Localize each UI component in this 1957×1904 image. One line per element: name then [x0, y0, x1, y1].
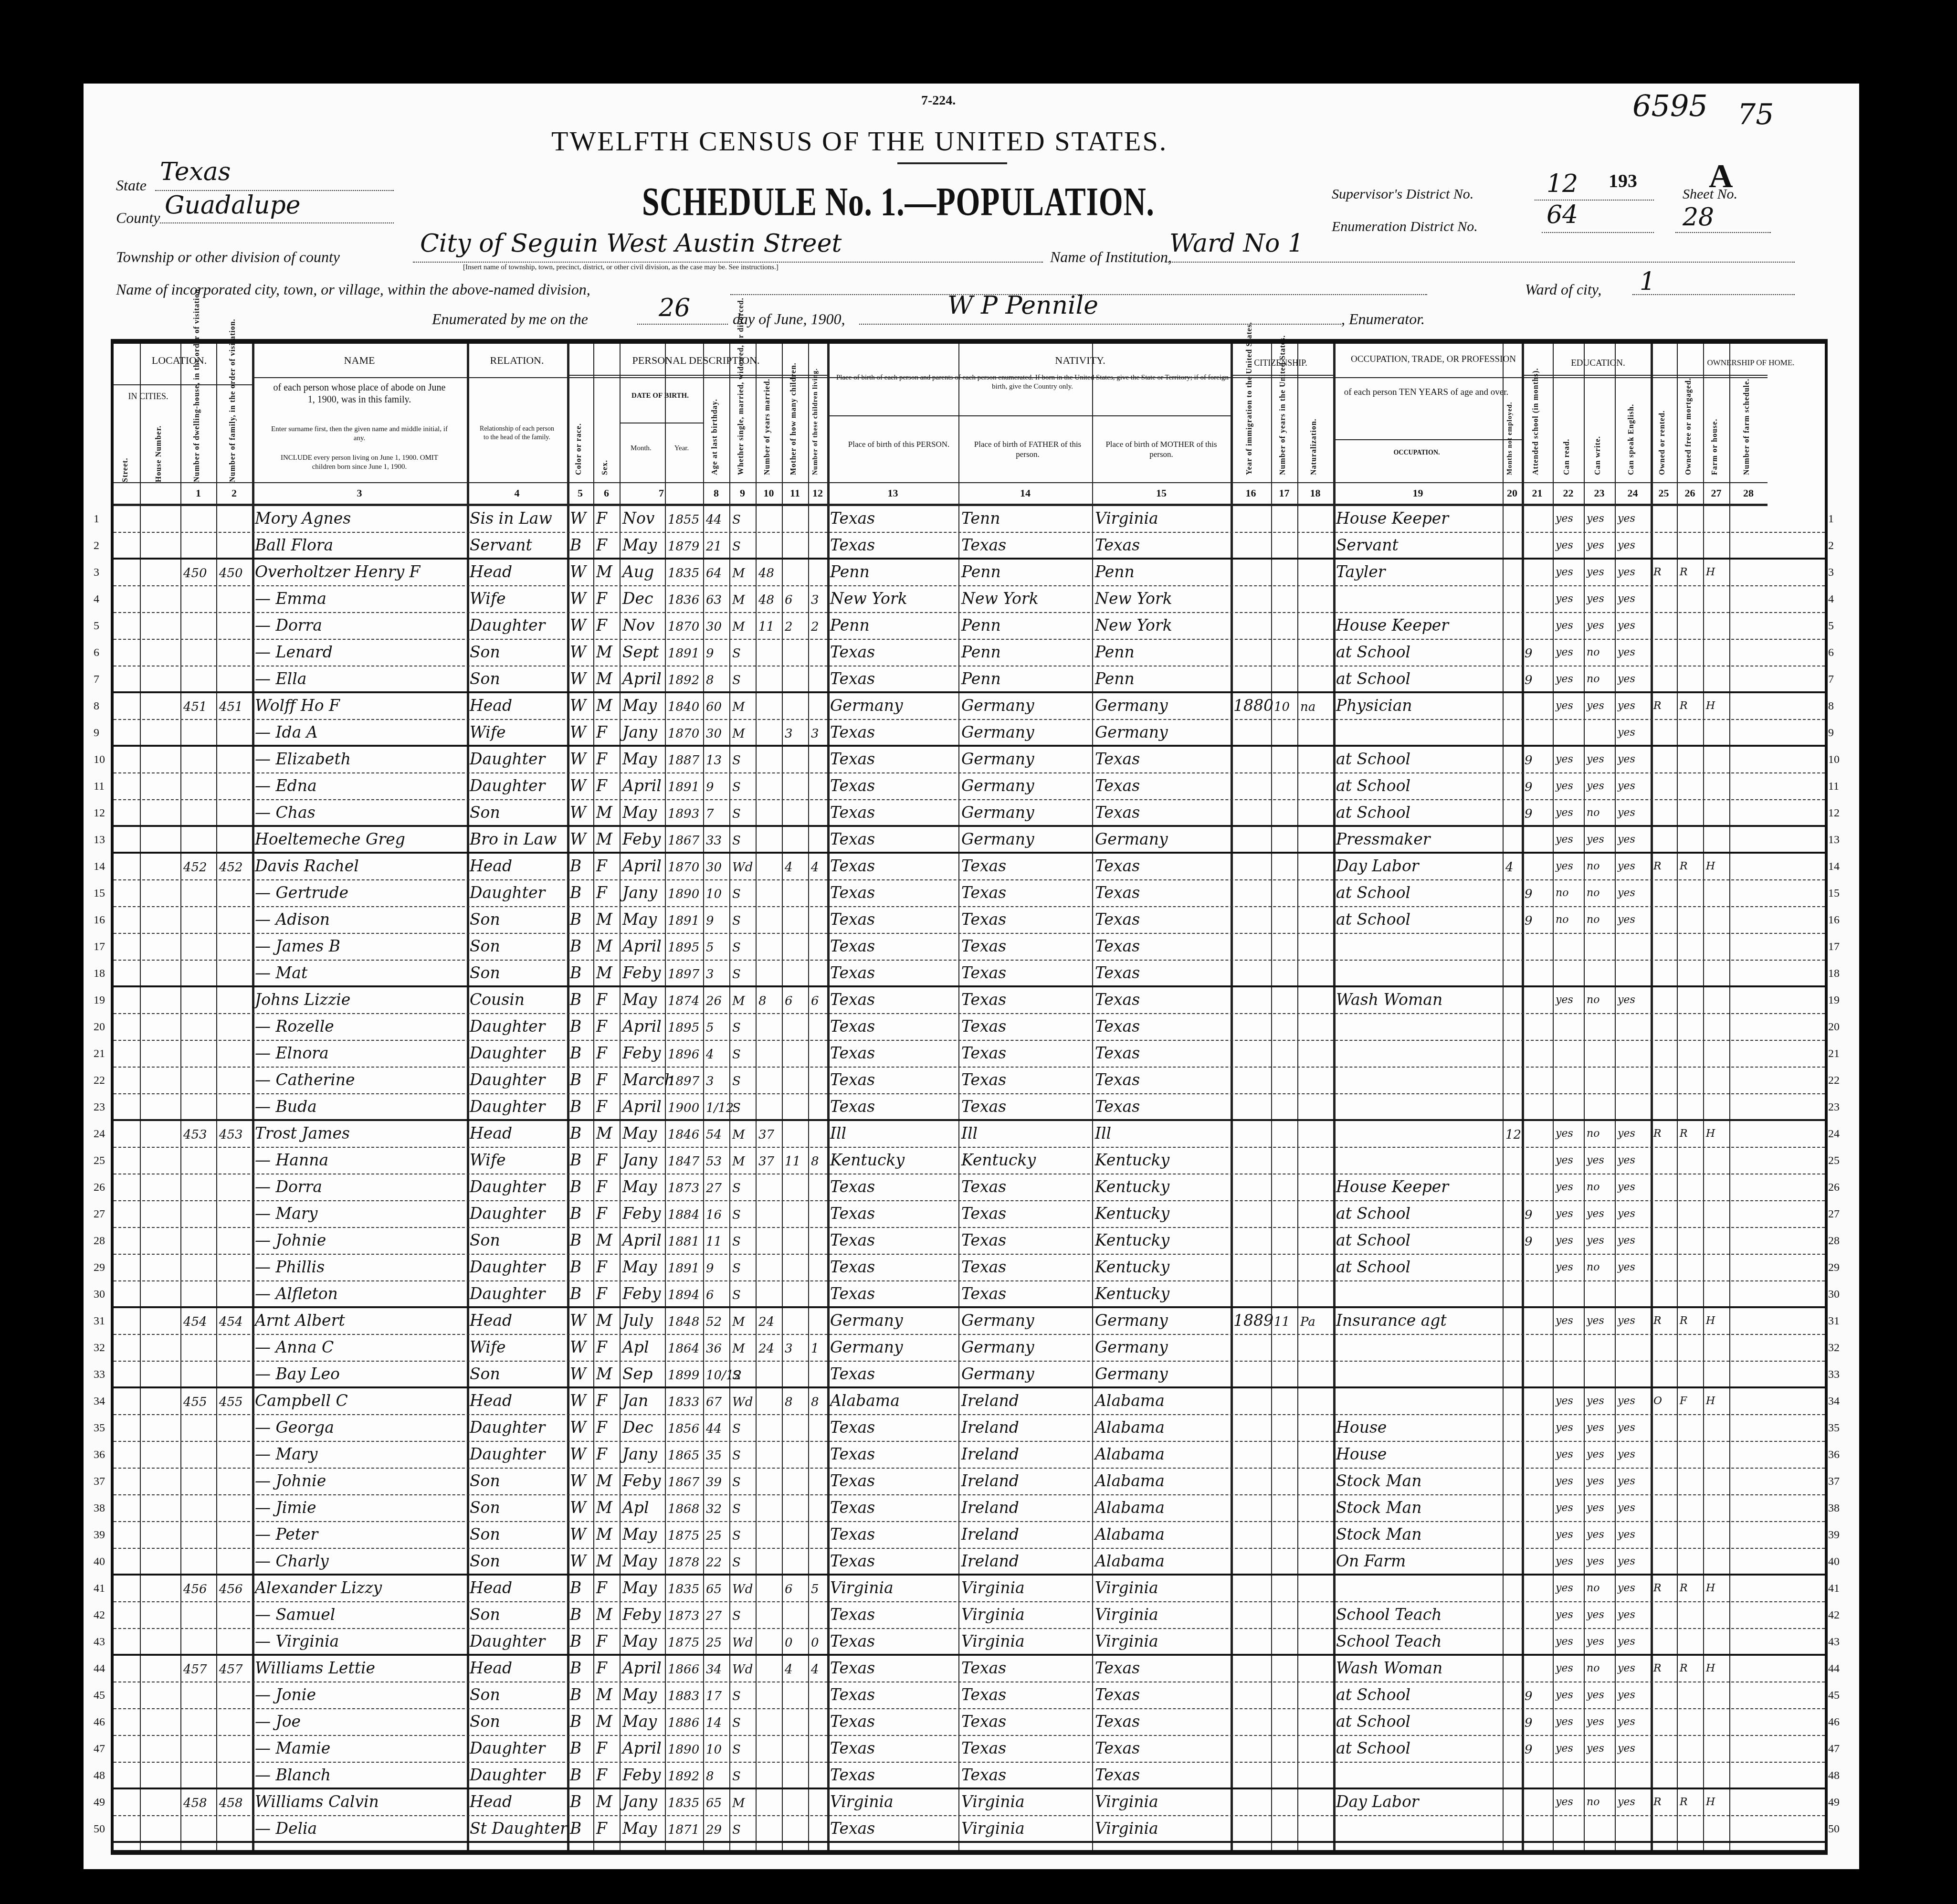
cell-fs [1732, 1662, 1767, 1684]
cell-color: W [570, 669, 592, 691]
cell-pobf: Tenn [961, 509, 1091, 531]
cell-nat [1300, 1502, 1332, 1524]
cell-imm [1233, 990, 1270, 1012]
township-value: City of Seguin West Austin Street [420, 229, 842, 258]
cell-name: — Dorra [255, 1177, 466, 1199]
cell-mar: S [732, 1288, 755, 1310]
cell-dw [183, 1154, 215, 1176]
cell-pobf: Texas [961, 1070, 1091, 1092]
cell-own [1653, 1181, 1676, 1203]
cell-ym [758, 1796, 781, 1818]
line-number: 34 [1828, 1395, 1840, 1408]
table-row: 452452Davis RachelHeadBFApril187030Wd44T… [114, 854, 1825, 880]
cell-unemp [1505, 566, 1521, 588]
cell-ym [758, 1235, 781, 1257]
cell-unemp: 4 [1505, 860, 1521, 882]
institution-value: Ward No 1 [1169, 229, 1304, 258]
cell-rel: Servant [470, 536, 566, 558]
line-number: 30 [1828, 1288, 1840, 1301]
cell-farm [1706, 994, 1728, 1016]
cell-pobf: Penn [961, 669, 1091, 691]
cell-cl [811, 1181, 826, 1203]
cell-mar: M [732, 727, 755, 749]
cell-dw [183, 1181, 215, 1203]
cell-free [1680, 1208, 1702, 1230]
cell-farm [1706, 1636, 1728, 1658]
cell-pobm: Kentucky [1095, 1204, 1230, 1226]
cell-cl: 4 [811, 860, 826, 882]
vertical-header-children-living: Number of these children living. [812, 389, 820, 475]
cell-speak: yes [1618, 727, 1650, 749]
cell-cl [811, 1823, 826, 1845]
cell-own: R [1653, 1662, 1676, 1684]
cell-speak: yes [1618, 1422, 1650, 1444]
cell-farm [1706, 727, 1728, 749]
cell-ym [758, 834, 781, 856]
cell-read: yes [1556, 566, 1583, 588]
cell-pobf: Ireland [961, 1498, 1091, 1520]
cell-year: 1840 [668, 700, 702, 722]
line-number: 14 [1828, 860, 1840, 873]
sheet-line [1675, 232, 1771, 233]
cell-speak: yes [1618, 1609, 1650, 1631]
cell-cl [811, 513, 826, 535]
cell-yus [1274, 941, 1296, 963]
cell-imm [1233, 1151, 1270, 1173]
vertical-header-attended-school: Attended school (in months). [1532, 389, 1540, 475]
cell-farm [1706, 1235, 1728, 1257]
cell-nat: na [1300, 700, 1332, 722]
vertical-header-marital: Whether single, married, widowed, or div… [737, 389, 746, 475]
cell-imm [1233, 589, 1270, 611]
cell-month: Dec [622, 1418, 664, 1440]
cell-yus [1274, 860, 1296, 882]
line-number: 8 [94, 700, 99, 713]
cell-pobf: Ireland [961, 1445, 1091, 1467]
cell-ym [758, 673, 781, 695]
cell-pobm: Texas [1095, 1070, 1230, 1092]
cell-read [1556, 1047, 1583, 1069]
cell-mar: S [732, 513, 755, 535]
cell-year: 1890 [668, 887, 702, 909]
cell-write: no [1587, 673, 1614, 695]
line-number: 29 [94, 1261, 105, 1274]
cell-pob: Texas [830, 857, 957, 878]
cell-speak: yes [1618, 1208, 1650, 1230]
column-number: 4 [467, 487, 567, 499]
cell-rel: Wife [470, 1151, 566, 1173]
cell-mo [785, 1502, 807, 1524]
cell-read [1556, 727, 1583, 749]
cell-fs [1732, 1529, 1767, 1551]
cell-read: yes [1556, 539, 1583, 561]
cell-farm [1706, 1021, 1728, 1043]
cell-occ: at School [1336, 883, 1502, 905]
line-number: 22 [1828, 1074, 1840, 1087]
cell-fam [219, 967, 251, 989]
cell-cl [811, 1529, 826, 1551]
cell-rel: Wife [470, 1338, 566, 1360]
cell-rel: Head [470, 1391, 566, 1413]
cell-yus [1274, 1529, 1296, 1551]
cell-dw [183, 1368, 215, 1390]
line-number: 11 [94, 780, 105, 793]
cell-nat [1300, 727, 1332, 749]
cell-dw [183, 1342, 215, 1364]
enumerator-label: , Enumerator. [1341, 310, 1425, 328]
census-title: TWELFTH CENSUS OF THE UNITED STATES. [551, 125, 1168, 157]
cell-month: April [622, 937, 664, 959]
vertical-header-mother-of: Mother of how many children. [789, 389, 798, 475]
cell-mar: M [732, 593, 755, 615]
cell-month: Nov [622, 616, 664, 638]
cell-unemp [1505, 780, 1521, 802]
cell-unemp [1505, 1422, 1521, 1444]
cell-write [1587, 1021, 1614, 1043]
cell-pobf: Germany [961, 1365, 1091, 1386]
cell-color: B [570, 1177, 592, 1199]
cell-age: 25 [706, 1636, 728, 1658]
cell-age: 33 [706, 834, 728, 856]
cell-imm [1233, 1070, 1270, 1092]
cell-mo [785, 1529, 807, 1551]
cell-read: yes [1556, 1261, 1583, 1283]
cell-pobf: Germany [961, 723, 1091, 745]
cell-write: no [1587, 646, 1614, 668]
cell-color: B [570, 963, 592, 985]
cell-read: yes [1556, 1689, 1583, 1711]
cell-free [1680, 1181, 1702, 1203]
cell-fam [219, 914, 251, 936]
cell-name: — James B [255, 937, 466, 959]
cell-free [1680, 914, 1702, 936]
cell-fs [1732, 1181, 1767, 1203]
cell-name: Williams Calvin [255, 1792, 466, 1814]
cell-farm: H [1706, 1315, 1728, 1337]
cell-mo [785, 513, 807, 535]
cell-fs [1732, 1208, 1767, 1230]
cell-fs [1732, 727, 1767, 749]
cell-dw: 456 [183, 1582, 215, 1604]
cell-year: 1897 [668, 967, 702, 989]
cell-read: yes [1556, 1636, 1583, 1658]
cell-name: — Emma [255, 589, 466, 611]
cell-dw: 450 [183, 566, 215, 588]
cell-sch [1525, 1449, 1552, 1470]
cell-pobm: Texas [1095, 963, 1230, 985]
cell-fam [219, 1181, 251, 1203]
cell-month: Feby [622, 1204, 664, 1226]
cell-pobm: Penn [1095, 643, 1230, 665]
cell-sex: F [596, 1418, 619, 1440]
cell-mar: S [732, 1021, 755, 1043]
line-number: 40 [94, 1555, 105, 1568]
cell-imm [1233, 1391, 1270, 1413]
column-number: 21 [1522, 487, 1553, 499]
cell-read: yes [1556, 1235, 1583, 1257]
nativity-desc: Place of birth of each person and parent… [834, 373, 1231, 391]
cell-color: W [570, 803, 592, 825]
cell-free [1680, 1609, 1702, 1631]
cell-month: Apl [622, 1338, 664, 1360]
group-occupation: OCCUPATION, TRADE, OR PROFESSION [1333, 354, 1534, 365]
cell-pob: Texas [830, 1552, 957, 1574]
cell-fs [1732, 1261, 1767, 1283]
cell-imm [1233, 536, 1270, 558]
cell-cl [811, 1689, 826, 1711]
cell-pob: Texas [830, 1685, 957, 1707]
cell-sex: M [596, 669, 619, 691]
cell-mo [785, 1769, 807, 1791]
cell-nat [1300, 1181, 1332, 1203]
column-number: 5 [567, 487, 593, 499]
cell-occ [1336, 1365, 1502, 1386]
cell-cl: 2 [811, 620, 826, 642]
cell-own [1653, 967, 1676, 989]
line-number: 28 [1828, 1235, 1840, 1248]
cell-occ: at School [1336, 1685, 1502, 1707]
cell-read: yes [1556, 1662, 1583, 1684]
cell-age: 9 [706, 914, 728, 936]
cell-free: R [1680, 1315, 1702, 1337]
cell-yus [1274, 646, 1296, 668]
cell-sex: M [596, 1124, 619, 1146]
line-number: 42 [1828, 1609, 1840, 1622]
cell-nat [1300, 620, 1332, 642]
cell-write: yes [1587, 1315, 1614, 1337]
cell-fam [219, 539, 251, 561]
cell-sex: M [596, 643, 619, 665]
cell-fam [219, 1288, 251, 1310]
cell-rel: Son [470, 910, 566, 932]
cell-cl [811, 1047, 826, 1069]
table-row: — ElnoraDaughterBFFeby18964STexasTexasTe… [114, 1041, 1825, 1068]
cell-yus [1274, 914, 1296, 936]
cell-free [1680, 727, 1702, 749]
cell-yus [1274, 1422, 1296, 1444]
cell-nat [1300, 513, 1332, 535]
cell-nat [1300, 941, 1332, 963]
cell-mar: M [732, 1796, 755, 1818]
cell-speak: yes [1618, 914, 1650, 936]
cell-year: 1881 [668, 1235, 702, 1257]
vertical-header-owned-rented: Owned or rented. [1658, 389, 1667, 475]
line-number: 2 [1828, 539, 1834, 552]
cell-sex: F [596, 1017, 619, 1039]
cell-read: yes [1556, 1449, 1583, 1470]
cell-sch [1525, 1769, 1552, 1791]
cell-month: April [622, 1739, 664, 1761]
cell-sch [1525, 1021, 1552, 1043]
cell-mar: S [732, 1368, 755, 1390]
line-number: 3 [94, 566, 99, 579]
group-location: LOCATION. [114, 354, 245, 367]
cell-yus [1274, 1101, 1296, 1123]
cell-name: — Delia [255, 1819, 466, 1841]
cell-free [1680, 1475, 1702, 1497]
cell-fam [219, 994, 251, 1016]
cell-nat [1300, 646, 1332, 668]
cell-nat [1300, 1128, 1332, 1150]
cell-sch [1525, 941, 1552, 963]
cell-name: — Elizabeth [255, 750, 466, 772]
cell-ym [758, 914, 781, 936]
form-number: 7-224. [921, 93, 956, 108]
line-number: 38 [94, 1502, 105, 1515]
cell-occ: at School [1336, 1204, 1502, 1226]
vertical-header-street: Street. [121, 396, 130, 482]
cell-fam [219, 673, 251, 695]
line-number: 47 [1828, 1743, 1840, 1756]
cell-color: W [570, 1418, 592, 1440]
cell-sch: 9 [1525, 673, 1552, 695]
cell-read [1556, 1074, 1583, 1096]
cell-fam [219, 1235, 251, 1257]
column-number: 9 [729, 487, 756, 499]
cell-free [1680, 941, 1702, 963]
group-ownership: OWNERSHIP OF HOME. [1682, 358, 1820, 368]
cell-ym [758, 1261, 781, 1283]
cell-write: yes [1587, 1422, 1614, 1444]
cell-sch: 9 [1525, 1743, 1552, 1765]
cell-fam: 458 [219, 1796, 251, 1818]
cell-ym: 48 [758, 593, 781, 615]
cell-sex: M [596, 1712, 619, 1734]
cell-pobf: Texas [961, 1685, 1091, 1707]
cell-name: — Johnie [255, 1231, 466, 1253]
cell-mar: S [732, 753, 755, 775]
pob-person-head: Place of birth of this PERSON. [839, 439, 958, 449]
cell-farm [1706, 1047, 1728, 1069]
cell-color: W [570, 509, 592, 531]
cell-ym [758, 1823, 781, 1845]
line-number: 27 [1828, 1208, 1840, 1221]
cell-fam [219, 1689, 251, 1711]
cell-month: July [622, 1311, 664, 1333]
cell-speak: yes [1618, 620, 1650, 642]
cell-pobf: Germany [961, 696, 1091, 718]
cell-read [1556, 1769, 1583, 1791]
cell-rel: Daughter [470, 1766, 566, 1788]
cell-fam [219, 1021, 251, 1043]
cell-rel: Son [470, 803, 566, 825]
cell-write: yes [1587, 539, 1614, 561]
cell-ym [758, 1368, 781, 1390]
cell-mar: M [732, 566, 755, 588]
cell-write: yes [1587, 620, 1614, 642]
line-number: 27 [94, 1208, 105, 1221]
cell-pob: Texas [830, 1070, 957, 1092]
cell-fs [1732, 1021, 1767, 1043]
cell-month: May [622, 1819, 664, 1841]
cell-farm [1706, 1074, 1728, 1096]
cell-fam [219, 834, 251, 856]
line-number: 44 [1828, 1662, 1840, 1675]
cell-year: 1873 [668, 1609, 702, 1631]
table-row: — James BSonBMApril18955STexasTexasTexas [114, 934, 1825, 961]
cell-occ [1336, 1284, 1502, 1306]
vertical-header-years-us: Number of years in the United States. [1279, 389, 1287, 475]
cell-imm [1233, 776, 1270, 798]
cell-read: yes [1556, 1128, 1583, 1150]
cell-free [1680, 887, 1702, 909]
line-number: 26 [1828, 1181, 1840, 1194]
line-number: 23 [94, 1101, 105, 1114]
cell-dw [183, 620, 215, 642]
cell-color: B [570, 1124, 592, 1146]
institution-line [1165, 262, 1795, 263]
cell-unemp [1505, 1315, 1521, 1337]
cell-dw [183, 513, 215, 535]
cell-sch [1525, 967, 1552, 989]
cell-yus [1274, 1609, 1296, 1631]
cell-mo [785, 673, 807, 695]
cell-occ: at School [1336, 1739, 1502, 1761]
cell-cl [811, 1743, 826, 1765]
cell-name: — Jonie [255, 1685, 466, 1707]
cell-ym [758, 700, 781, 722]
cell-month: May [622, 1552, 664, 1574]
cell-farm [1706, 1555, 1728, 1577]
cell-month: Jan [622, 1391, 664, 1413]
cell-yus [1274, 1475, 1296, 1497]
line-number: 6 [1828, 646, 1834, 659]
cell-pobf: Penn [961, 643, 1091, 665]
cell-sex: F [596, 1739, 619, 1761]
township-line [413, 262, 1043, 263]
table-row: — GeorgaDaughterWFDec185644STexasIreland… [114, 1415, 1825, 1442]
cell-pobm: New York [1095, 589, 1230, 611]
cell-rel: Daughter [470, 883, 566, 905]
cell-pobm: Texas [1095, 883, 1230, 905]
cell-cl [811, 1101, 826, 1123]
cell-speak: yes [1618, 1662, 1650, 1684]
cell-pobm: Virginia [1095, 1792, 1230, 1814]
cell-name: Wolff Ho F [255, 696, 466, 718]
cell-rel: Daughter [470, 1739, 566, 1761]
cell-dw [183, 1716, 215, 1738]
cell-unemp [1505, 1502, 1521, 1524]
cell-read [1556, 1021, 1583, 1043]
line-number: 1 [94, 513, 99, 526]
cell-pobm: Virginia [1095, 1578, 1230, 1600]
cell-color: W [570, 1498, 592, 1520]
cell-mar: S [732, 1529, 755, 1551]
cell-sch: 9 [1525, 1208, 1552, 1230]
cell-sex: F [596, 1766, 619, 1788]
cell-free [1680, 1769, 1702, 1791]
column-number: 1 [180, 487, 216, 499]
table-row: — JoeSonBMMay188614STexasTexasTexasat Sc… [114, 1709, 1825, 1736]
column-number: 11 [782, 487, 808, 499]
cell-own [1653, 1716, 1676, 1738]
cell-farm [1706, 539, 1728, 561]
cell-occ: at School [1336, 1231, 1502, 1253]
cell-month: April [622, 1017, 664, 1039]
cell-month: May [622, 1578, 664, 1600]
cell-pobm: Alabama [1095, 1471, 1230, 1493]
cell-free [1680, 994, 1702, 1016]
cell-age: 30 [706, 620, 728, 642]
cell-pobm: Texas [1095, 937, 1230, 959]
cell-color: B [570, 1097, 592, 1119]
line-number: 32 [94, 1342, 105, 1354]
cell-nat [1300, 1555, 1332, 1577]
table-row: — DorraDaughterWFNov187030M1122PennPennN… [114, 613, 1825, 640]
cell-pob: Texas [830, 1044, 957, 1066]
cell-color: B [570, 883, 592, 905]
cell-occ [1336, 963, 1502, 985]
